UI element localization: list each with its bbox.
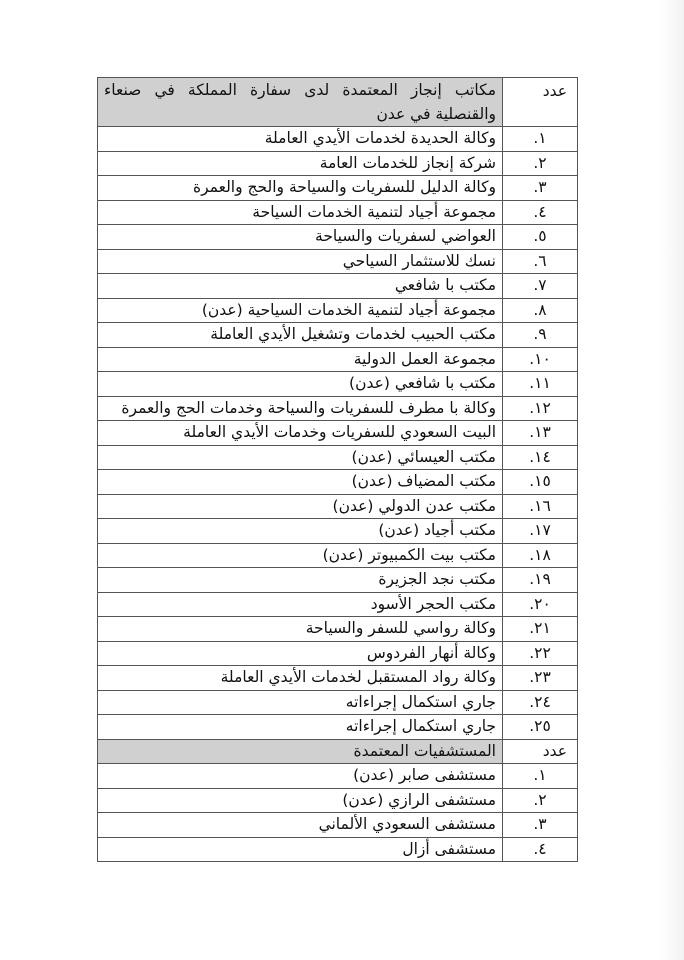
row-number: ٩. bbox=[503, 323, 578, 348]
office-name: مكتب العيسائي (عدن) bbox=[98, 445, 503, 470]
office-name: مكتب نجد الجزيرة bbox=[98, 568, 503, 593]
hospitals-header-row: عدد المستشفيات المعتمدة bbox=[98, 739, 578, 764]
office-name: مكتب الحبيب لخدمات وتشغيل الأيدي العاملة bbox=[98, 323, 503, 348]
office-name: مكتب عدن الدولي (عدن) bbox=[98, 494, 503, 519]
row-number: ١٦. bbox=[503, 494, 578, 519]
table-row: ١.مستشفى صابر (عدن) bbox=[98, 764, 578, 789]
number-column-header: عدد bbox=[503, 78, 578, 127]
row-number: ١٠. bbox=[503, 347, 578, 372]
table-row: ٤.مجموعة أجياد لتنمية الخدمات السياحة bbox=[98, 200, 578, 225]
office-name: مكتب بيت الكمبيوتر (عدن) bbox=[98, 543, 503, 568]
approved-offices-table: عدد مكاتب إنجاز المعتمدة لدى سفارة الممل… bbox=[97, 77, 578, 862]
row-number: ٢. bbox=[503, 788, 578, 813]
office-name: وكالة أنهار الفردوس bbox=[98, 641, 503, 666]
table-row: ١٨.مكتب بيت الكمبيوتر (عدن) bbox=[98, 543, 578, 568]
office-name: جاري استكمال إجراءاته bbox=[98, 690, 503, 715]
row-number: ٣. bbox=[503, 176, 578, 201]
row-number: ١١. bbox=[503, 372, 578, 397]
row-number: ١. bbox=[503, 127, 578, 152]
table-row: ٣.وكالة الدليل للسفريات والسياحة والحج و… bbox=[98, 176, 578, 201]
row-number: ٧. bbox=[503, 274, 578, 299]
table-row: ١٩.مكتب نجد الجزيرة bbox=[98, 568, 578, 593]
office-name: مجموعة أجياد لتنمية الخدمات السياحة bbox=[98, 200, 503, 225]
row-number: ٢٥. bbox=[503, 715, 578, 740]
offices-section-title: مكاتب إنجاز المعتمدة لدى سفارة المملكة ف… bbox=[98, 78, 503, 127]
table-row: ٩.مكتب الحبيب لخدمات وتشغيل الأيدي العام… bbox=[98, 323, 578, 348]
row-number: ٦. bbox=[503, 249, 578, 274]
row-number: ١٧. bbox=[503, 519, 578, 544]
office-name: وكالة الدليل للسفريات والسياحة والحج وال… bbox=[98, 176, 503, 201]
office-name: العواضي لسفريات والسياحة bbox=[98, 225, 503, 250]
table-row: ١٠.مجموعة العمل الدولية bbox=[98, 347, 578, 372]
table-row: ١٤.مكتب العيسائي (عدن) bbox=[98, 445, 578, 470]
table-row: ٢٢.وكالة أنهار الفردوس bbox=[98, 641, 578, 666]
office-name: وكالة رواد المستقبل لخدمات الأيدي العامل… bbox=[98, 666, 503, 691]
office-name: مجموعة العمل الدولية bbox=[98, 347, 503, 372]
office-name: نسك للاستثمار السياحي bbox=[98, 249, 503, 274]
number-column-header: عدد bbox=[503, 739, 578, 764]
table-row: ١٦.مكتب عدن الدولي (عدن) bbox=[98, 494, 578, 519]
row-number: ٢٢. bbox=[503, 641, 578, 666]
table-row: ٢١.وكالة رواسي للسفر والسياحة bbox=[98, 617, 578, 642]
row-number: ٨. bbox=[503, 298, 578, 323]
office-name: مكتب الحجر الأسود bbox=[98, 592, 503, 617]
row-number: ٢. bbox=[503, 151, 578, 176]
office-name: وكالة الحديدة لخدمات الأيدي العاملة bbox=[98, 127, 503, 152]
office-name: وكالة رواسي للسفر والسياحة bbox=[98, 617, 503, 642]
office-name: مكتب المضياف (عدن) bbox=[98, 470, 503, 495]
table-row: ٢٣.وكالة رواد المستقبل لخدمات الأيدي الع… bbox=[98, 666, 578, 691]
row-number: ٤. bbox=[503, 837, 578, 862]
table-row: ٣.مستشفى السعودي الألماني bbox=[98, 813, 578, 838]
office-name: مكتب أجياد (عدن) bbox=[98, 519, 503, 544]
office-name: مكتب با شافعي bbox=[98, 274, 503, 299]
table-row: ٨.مجموعة أجياد لتنمية الخدمات السياحية (… bbox=[98, 298, 578, 323]
row-number: ٢٣. bbox=[503, 666, 578, 691]
hospital-name: مستشفى السعودي الألماني bbox=[98, 813, 503, 838]
table-row: ١٣.البيت السعودي للسفريات وخدمات الأيدي … bbox=[98, 421, 578, 446]
row-number: ١٣. bbox=[503, 421, 578, 446]
office-name: وكالة با مطرف للسفريات والسياحة وخدمات ا… bbox=[98, 396, 503, 421]
row-number: ٣. bbox=[503, 813, 578, 838]
table-row: ٧.مكتب با شافعي bbox=[98, 274, 578, 299]
table-row: ٢.مستشفى الرازي (عدن) bbox=[98, 788, 578, 813]
table-row: ٢.شركة إنجاز للخدمات العامة bbox=[98, 151, 578, 176]
row-number: ١٤. bbox=[503, 445, 578, 470]
row-number: ٥. bbox=[503, 225, 578, 250]
table-row: ٢٥.جاري استكمال إجراءاته bbox=[98, 715, 578, 740]
row-number: ٢٤. bbox=[503, 690, 578, 715]
row-number: ١٨. bbox=[503, 543, 578, 568]
hospitals-section-title: المستشفيات المعتمدة bbox=[98, 739, 503, 764]
row-number: ١٩. bbox=[503, 568, 578, 593]
office-name: البيت السعودي للسفريات وخدمات الأيدي الع… bbox=[98, 421, 503, 446]
table-row: ١.وكالة الحديدة لخدمات الأيدي العاملة bbox=[98, 127, 578, 152]
offices-header-row: عدد مكاتب إنجاز المعتمدة لدى سفارة الممل… bbox=[98, 78, 578, 127]
office-name: مجموعة أجياد لتنمية الخدمات السياحية (عد… bbox=[98, 298, 503, 323]
row-number: ١٥. bbox=[503, 470, 578, 495]
hospital-name: مستشفى أزال bbox=[98, 837, 503, 862]
table-row: ١٥.مكتب المضياف (عدن) bbox=[98, 470, 578, 495]
row-number: ١. bbox=[503, 764, 578, 789]
row-number: ٤. bbox=[503, 200, 578, 225]
table-row: ٢٤.جاري استكمال إجراءاته bbox=[98, 690, 578, 715]
table-row: ١٧.مكتب أجياد (عدن) bbox=[98, 519, 578, 544]
office-name: مكتب با شافعي (عدن) bbox=[98, 372, 503, 397]
hospital-name: مستشفى صابر (عدن) bbox=[98, 764, 503, 789]
table-row: ١١.مكتب با شافعي (عدن) bbox=[98, 372, 578, 397]
table-row: ١٢.وكالة با مطرف للسفريات والسياحة وخدما… bbox=[98, 396, 578, 421]
row-number: ٢١. bbox=[503, 617, 578, 642]
office-name: جاري استكمال إجراءاته bbox=[98, 715, 503, 740]
page-edge-shadow bbox=[660, 0, 684, 960]
table-row: ٦.نسك للاستثمار السياحي bbox=[98, 249, 578, 274]
row-number: ١٢. bbox=[503, 396, 578, 421]
office-name: شركة إنجاز للخدمات العامة bbox=[98, 151, 503, 176]
table-row: ٤.مستشفى أزال bbox=[98, 837, 578, 862]
table-row: ٥.العواضي لسفريات والسياحة bbox=[98, 225, 578, 250]
row-number: ٢٠. bbox=[503, 592, 578, 617]
hospital-name: مستشفى الرازي (عدن) bbox=[98, 788, 503, 813]
table-row: ٢٠.مكتب الحجر الأسود bbox=[98, 592, 578, 617]
